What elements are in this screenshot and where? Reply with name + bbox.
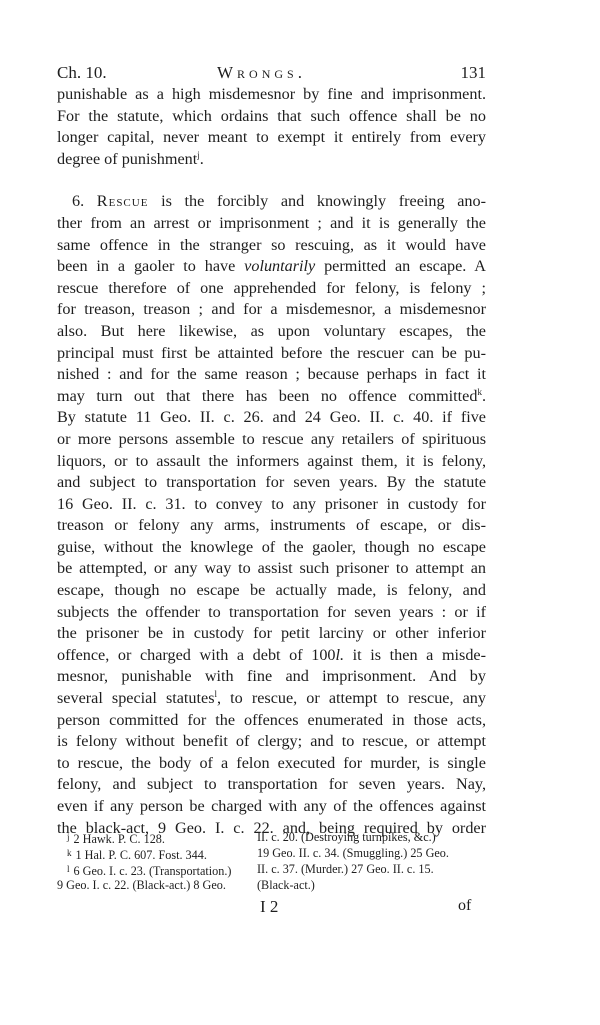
chapter-label: Ch. 10. <box>57 62 107 84</box>
text-line: guise, without the knowlege of the gaole… <box>57 537 486 559</box>
paragraph-1: punishable as a high misdemesnor by fine… <box>57 84 486 170</box>
text-line: nished : and for the same reason ; becau… <box>57 364 486 386</box>
footnote-k: k1 Hal. P. C. 607. Fost. 344. <box>57 845 257 861</box>
text-line: longer capital, never meant to exempt it… <box>57 127 486 149</box>
text-line: also. But here likewise, as upon volunta… <box>57 321 486 343</box>
text-line: same offence in the stranger so rescuing… <box>57 235 486 257</box>
text-line: the prisoner be in custody for petit lar… <box>57 623 486 645</box>
text-line: felony, and subject to transportation fo… <box>57 774 486 796</box>
section-term: Rescue <box>97 192 149 210</box>
text-line: or more persons assemble to rescue any r… <box>57 429 486 451</box>
text-line: For the statute, which ordains that such… <box>57 106 486 128</box>
page-number: 131 <box>461 62 487 84</box>
text-line: be attempted, or any way to assist such … <box>57 558 486 580</box>
text-line: By statute 11 Geo. II. c. 26. and 24 Geo… <box>57 407 486 429</box>
footnote-continuation: 19 Geo. II. c. 34. (Smuggling.) 25 Geo. <box>257 845 486 861</box>
footnote-j: j2 Hawk. P. C. 128. <box>57 829 257 845</box>
text-line: been in a gaoler to have voluntarily per… <box>57 256 486 278</box>
text-line: several special statutesl, to rescue, or… <box>57 688 486 710</box>
footnote-row: l6 Geo. I. c. 23. (Transportation.) II. … <box>57 861 486 877</box>
book-page: Ch. 10. Wrongs. 131 punishable as a high… <box>57 62 486 839</box>
text-line: is felony without benefit of clergy; and… <box>57 731 486 753</box>
text-line: treason or felony any arms, instruments … <box>57 515 486 537</box>
text-line: even if any person be charged with any o… <box>57 796 486 818</box>
text-line: for treason, treason ; and for a misdeme… <box>57 299 486 321</box>
text-line: subjects the offender to transportation … <box>57 602 486 624</box>
footnote-l-cont: 9 Geo. I. c. 22. (Black-act.) 8 Geo. <box>57 877 257 893</box>
text-line: 16 Geo. II. c. 31. to convey to any pris… <box>57 494 486 516</box>
footnotes: j2 Hawk. P. C. 128. II. c. 20. (Destroyi… <box>57 829 486 893</box>
text-line: 6. Rescue is the forcibly and knowingly … <box>57 191 486 213</box>
text-line: offence, or charged with a debt of 100l.… <box>57 645 486 667</box>
footnote-continuation: (Black-act.) <box>257 877 486 893</box>
footnote-continuation: II. c. 37. (Murder.) 27 Geo. II. c. 15. <box>257 861 486 877</box>
footnote-row: j2 Hawk. P. C. 128. II. c. 20. (Destroyi… <box>57 829 486 845</box>
footnote-continuation: II. c. 20. (Destroying turnpikes, &c.) <box>257 829 486 845</box>
text-line: mesnor, punishable with fine and impriso… <box>57 666 486 688</box>
running-head: Ch. 10. Wrongs. 131 <box>57 62 486 84</box>
text-line: principal must first be attainted before… <box>57 343 486 365</box>
footnote-l: l6 Geo. I. c. 23. (Transportation.) <box>57 861 257 877</box>
signature-mark: I 2 <box>260 897 278 917</box>
paragraph-rescue: 6. Rescue is the forcibly and knowingly … <box>57 191 486 839</box>
text-line: escape, though no escape be actually mad… <box>57 580 486 602</box>
text-line: may turn out that there has been no offe… <box>57 386 486 408</box>
text-line: and subject to transportation for seven … <box>57 472 486 494</box>
text-line: degree of punishmentj. <box>57 149 486 171</box>
running-title: Wrongs. <box>217 62 306 84</box>
footnote-row: 9 Geo. I. c. 22. (Black-act.) 8 Geo. (Bl… <box>57 877 486 893</box>
catchword: of <box>458 897 471 915</box>
text-line: ther from an arrest or imprisonment ; an… <box>57 213 486 235</box>
text-line: rescue therefore of one apprehended for … <box>57 278 486 300</box>
text-line: to rescue, the body of a felon executed … <box>57 753 486 775</box>
text-line: liquors, or to assault the informers aga… <box>57 451 486 473</box>
text-line: punishable as a high misdemesnor by fine… <box>57 84 486 106</box>
text-line: person committed for the offences enumer… <box>57 710 486 732</box>
footnote-row: k1 Hal. P. C. 607. Fost. 344. 19 Geo. II… <box>57 845 486 861</box>
